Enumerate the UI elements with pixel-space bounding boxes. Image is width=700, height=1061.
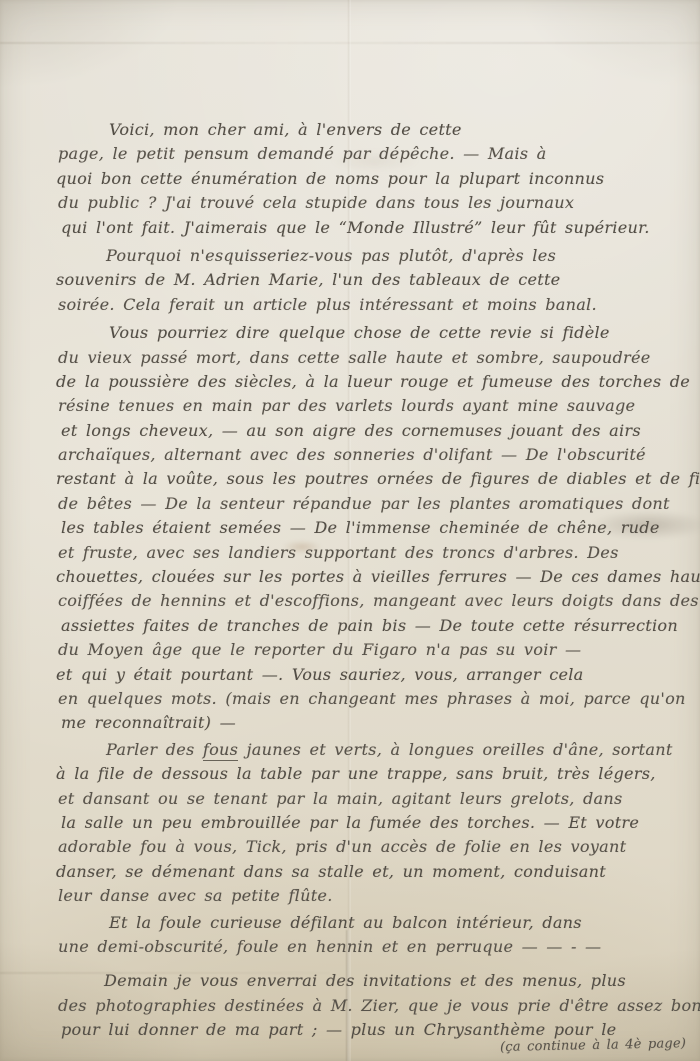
letter-line: chouettes, clouées sur les portes à viei… [56, 565, 680, 589]
letter-line: les tables étaient semées — De l'immense… [61, 516, 680, 540]
letter-line: et dansant ou se tenant par la main, agi… [58, 787, 680, 811]
letter-line: et fruste, avec ses landiers supportant … [58, 541, 680, 565]
letter-page: Voici, mon cher ami, à l'envers de cette… [0, 0, 700, 1061]
letter-line: de la poussière des siècles, à la lueur … [56, 370, 680, 394]
letter-line-text: Parler des [106, 740, 203, 759]
letter-line: et qui y était pourtant —. Vous sauriez,… [56, 663, 680, 687]
letter-line: coiffées de hennins et d'escoffions, man… [58, 589, 680, 613]
letter-line: Demain je vous enverrai des invitations … [56, 969, 680, 993]
continuation-note: (ça continue à la 4è page) [500, 1036, 686, 1055]
letter-line: page, le petit pensum demandé par dépêch… [58, 142, 680, 166]
underlined-word: fous [203, 740, 238, 761]
letter-line: Parler des fous jaunes et verts, à longu… [58, 738, 680, 762]
letter-line-text: jaunes et verts, à longues oreilles d'ân… [238, 740, 672, 759]
letter-line: une demi-obscurité, foule en hennin et e… [58, 935, 680, 959]
letter-line: leur danse avec sa petite flûte. [58, 884, 680, 908]
letter-text: Voici, mon cher ami, à l'envers de cette… [58, 118, 680, 1042]
letter-line: assiettes faites de tranches de pain bis… [61, 614, 680, 638]
letter-line: résine tenues en main par des varlets lo… [58, 394, 680, 418]
letter-line: me reconnaîtrait) — [61, 711, 680, 735]
letter-line: en quelques mots. (mais en changeant mes… [58, 687, 680, 711]
letter-line: soirée. Cela ferait un article plus inté… [58, 293, 680, 317]
letter-line: la salle un peu embrouillée par la fumée… [61, 811, 680, 835]
letter-line: danser, se démenant dans sa stalle et, u… [56, 860, 680, 884]
letter-line: et longs cheveux, — au son aigre des cor… [61, 419, 680, 443]
letter-line: du vieux passé mort, dans cette salle ha… [58, 346, 680, 370]
letter-line: Pourquoi n'esquisseriez-vous pas plutôt,… [58, 244, 680, 268]
letter-line: des photographies destinées à M. Zier, q… [58, 994, 680, 1018]
letter-line: qui l'ont fait. J'aimerais que le “Monde… [61, 216, 680, 240]
letter-line: Et la foule curieuse défilant au balcon … [61, 911, 680, 935]
letter-line: de bêtes — De la senteur répandue par le… [58, 492, 680, 516]
letter-line: souvenirs de M. Adrien Marie, l'un des t… [56, 268, 680, 292]
letter-line: adorable fou à vous, Tick, pris d'un acc… [58, 835, 680, 859]
letter-line: Vous pourriez dire quelque chose de cett… [61, 321, 680, 345]
letter-line: du public ? J'ai trouvé cela stupide dan… [58, 191, 680, 215]
letter-line: à la file de dessous la table par une tr… [56, 762, 680, 786]
letter-line: archaïques, alternant avec des sonneries… [58, 443, 680, 467]
letter-line: du Moyen âge que le reporter du Figaro n… [58, 638, 680, 662]
letter-line: Voici, mon cher ami, à l'envers de cette [61, 118, 680, 142]
letter-line: restant à la voûte, sous les poutres orn… [56, 467, 680, 491]
letter-line: quoi bon cette énumération de noms pour … [56, 167, 680, 191]
